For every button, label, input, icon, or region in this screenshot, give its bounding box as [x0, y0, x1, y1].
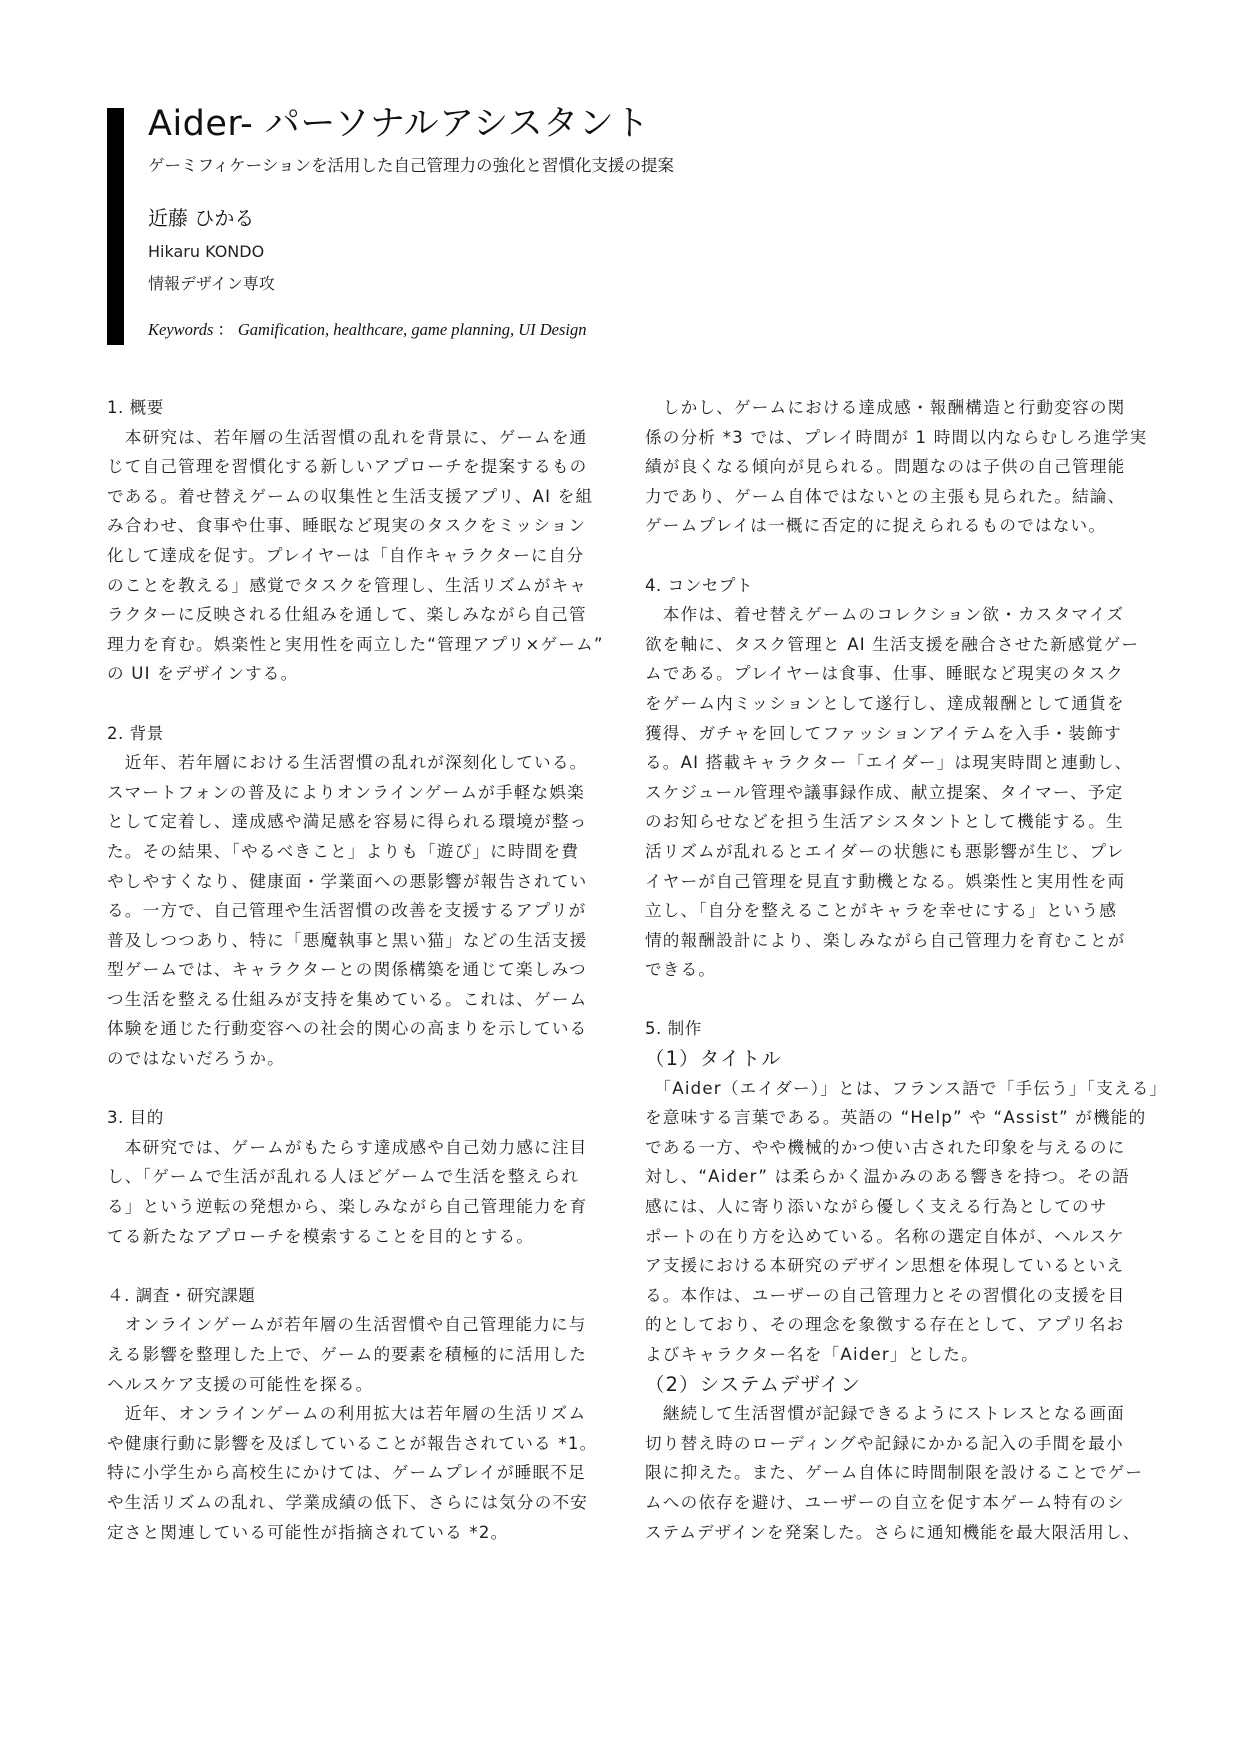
text-line: 理力を育む。娯楽性と実用性を両立した“管理アプリ×ゲーム” [107, 630, 592, 660]
text-line: や健康行動に影響を及ぼしていることが報告されている *1。 [107, 1429, 592, 1459]
text-line: ステムデザインを発案した。さらに通知機能を最大限活用し、 [645, 1518, 1130, 1548]
section-spacer [107, 1074, 592, 1104]
text-line: る。一方で、自己管理や生活習慣の改善を支援するアプリが [107, 896, 592, 926]
text-line: の UI をデザインする。 [107, 659, 592, 689]
department: 情報デザイン専攻 [148, 272, 1048, 296]
text-line: ポートの在り方を込めている。名称の選定自体が、ヘルスケ [645, 1222, 1130, 1252]
text-line: る。AI 搭載キャラクター「エイダー」は現実時間と連動し、 [645, 748, 1130, 778]
text-line: 的としており、その理念を象徴する存在として、アプリ名お [645, 1310, 1130, 1340]
section-body: オンラインゲームが若年層の生活習慣や自己管理能力に与 える影響を整理した上で、ゲ… [107, 1310, 592, 1547]
text-line: や生活リズムの乱れ、学業成績の低下、さらには気分の不安 [107, 1488, 592, 1518]
text-line: である。着せ替えゲームの収集性と生活支援アプリ、AI を組 [107, 482, 592, 512]
text-line: み合わせ、食事や仕事、睡眠など現実のタスクをミッション [107, 511, 592, 541]
text-line: スケジュール管理や議事録作成、献立提案、タイマー、予定 [645, 778, 1130, 808]
text-line: ムへの依存を避け、ユーザーの自立を促す本ゲーム特有のシ [645, 1488, 1130, 1518]
text-line: 普及しつつあり、特に「悪魔執事と黒い猫」などの生活支援 [107, 926, 592, 956]
text-line: ムである。プレイヤーは食事、仕事、睡眠など現実のタスク [645, 659, 1130, 689]
section-body: 本作は、着せ替えゲームのコレクション欲・カスタマイズ 欲を軸に、タスク管理と A… [645, 600, 1130, 985]
keywords-label: Keywords [148, 320, 213, 339]
keywords-colon: ： [217, 320, 234, 339]
left-column: 1. 概要 本研究は、若年層の生活習慣の乱れを背景に、ゲームを通 じて自己管理を… [107, 393, 592, 1547]
text-line: 本作は、着せ替えゲームのコレクション欲・カスタマイズ [645, 600, 1130, 630]
text-line: 「Aider（エイダー）」とは、フランス語で「手伝う」「支える」 [645, 1074, 1130, 1104]
text-line: ゲームプレイは一概に否定的に捉えられるものではない。 [645, 511, 1130, 541]
section-background: 2. 背景 近年、若年層における生活習慣の乱れが深刻化している。 スマートフォン… [107, 719, 592, 1074]
author-name-japanese: 近藤 ひかる [148, 204, 1048, 232]
text-line: のことを教える」感覚でタスクを管理し、生活リズムがキャ [107, 571, 592, 601]
text-line: 体験を通じた行動変容への社会的関心の高まりを示している [107, 1014, 592, 1044]
text-line: をゲーム内ミッションとして遂行し、達成報酬として通貨を [645, 689, 1130, 719]
text-line: 立し、「自分を整えることがキャラを幸せにする」という感 [645, 896, 1130, 926]
text-line: 欲を軸に、タスク管理と AI 生活支援を融合させた新感覚ゲー [645, 630, 1130, 660]
section-heading: 5. 制作 [645, 1014, 1130, 1044]
section-heading: 4. コンセプト [645, 571, 1130, 601]
text-line: 定さと関連している可能性が指摘されている *2。 [107, 1518, 592, 1548]
section-body: 本研究は、若年層の生活習慣の乱れを背景に、ゲームを通 じて自己管理を習慣化する新… [107, 423, 592, 689]
text-line: 感には、人に寄り添いながら優しく支える行為としてのサ [645, 1192, 1130, 1222]
text-line: える影響を整理した上で、ゲーム的要素を積極的に活用した [107, 1340, 592, 1370]
section-spacer [107, 1251, 592, 1281]
text-line: 活リズムが乱れるとエイダーの状態にも悪影響が生じ、プレ [645, 837, 1130, 867]
text-line: やしやすくなり、健康面・学業面への悪影響が報告されてい [107, 867, 592, 897]
title-accent-bar [107, 108, 124, 345]
section-purpose: 3. 目的 本研究では、ゲームがもたらす達成感や自己効力感に注目 し、「ゲームで… [107, 1103, 592, 1251]
text-line: じて自己管理を習慣化する新しいアプローチを提案するもの [107, 452, 592, 482]
text-line: ヘルスケア支援の可能性を探る。 [107, 1370, 592, 1400]
section-overview: 1. 概要 本研究は、若年層の生活習慣の乱れを背景に、ゲームを通 じて自己管理を… [107, 393, 592, 689]
research-issues-continuation: しかし、ゲームにおける達成感・報酬構造と行動変容の関 係の分析 *3 では、プレ… [645, 393, 1130, 541]
text-line: 特に小学生から高校生にかけては、ゲームプレイが睡眠不足 [107, 1458, 592, 1488]
text-line: ラクターに反映される仕組みを通して、楽しみながら自己管 [107, 600, 592, 630]
text-line: 化して達成を促す。プレイヤーは「自作キャラクターに自分 [107, 541, 592, 571]
text-line: イヤーが自己管理を見直す動機となる。娯楽性と実用性を両 [645, 867, 1130, 897]
text-line: 本研究は、若年層の生活習慣の乱れを背景に、ゲームを通 [107, 423, 592, 453]
text-line: ア支援における本研究のデザイン思想を体現しているといえ [645, 1251, 1130, 1281]
keywords-list: Gamification, healthcare, game planning,… [238, 320, 587, 339]
text-line: を意味する言葉である。英語の “Help” や “Assist” が機能的 [645, 1103, 1130, 1133]
text-line: である一方、やや機械的かつ使い古された印象を与えるのに [645, 1133, 1130, 1163]
section-production: 5. 制作 （1）タイトル 「Aider（エイダー）」とは、フランス語で「手伝う… [645, 1014, 1130, 1547]
text-line: 切り替え時のローディングや記録にかかる記入の手間を最小 [645, 1429, 1130, 1459]
text-line: し、「ゲームで生活が乱れる人ほどゲームで生活を整えられ [107, 1162, 592, 1192]
paper-title: Aider- パーソナルアシスタント [148, 100, 1048, 148]
section-heading: 3. 目的 [107, 1103, 592, 1133]
paper-subtitle: ゲーミフィケーションを活用した自己管理力の強化と習慣化支援の提案 [148, 154, 1048, 178]
text-line: のではないだろうか。 [107, 1044, 592, 1074]
text-line: 限に抑えた。また、ゲーム自体に時間制限を設けることでゲー [645, 1458, 1130, 1488]
section-body: 近年、若年層における生活習慣の乱れが深刻化している。 スマートフォンの普及により… [107, 748, 592, 1074]
text-line: 型ゲームでは、キャラクターとの関係構築を通じて楽しみつ [107, 955, 592, 985]
text-line: よびキャラクター名を「Aider」とした。 [645, 1340, 1130, 1370]
text-line: 近年、オンラインゲームの利用拡大は若年層の生活リズム [107, 1399, 592, 1429]
section-spacer [645, 985, 1130, 1015]
text-line: てる新たなアプローチを模索することを目的とする。 [107, 1222, 592, 1252]
section-heading: 1. 概要 [107, 393, 592, 423]
text-line: 力であり、ゲーム自体ではないとの主張も見られた。結論、 [645, 482, 1130, 512]
text-line: 対し、“Aider” は柔らかく温かみのある響きを持つ。その語 [645, 1162, 1130, 1192]
text-line: 係の分析 *3 では、プレイ時間が 1 時間以内ならむしろ進学実 [645, 423, 1130, 453]
section-body: 本研究では、ゲームがもたらす達成感や自己効力感に注目 し、「ゲームで生活が乱れる… [107, 1133, 592, 1251]
text-line: つ生活を整える仕組みが支持を集めている。これは、ゲーム [107, 985, 592, 1015]
text-line: しかし、ゲームにおける達成感・報酬構造と行動変容の関 [645, 393, 1130, 423]
text-line: 獲得、ガチャを回してファッションアイテムを入手・装飾す [645, 719, 1130, 749]
section-heading: 2. 背景 [107, 719, 592, 749]
section-research-issues: ４. 調査・研究課題 オンラインゲームが若年層の生活習慣や自己管理能力に与 える… [107, 1281, 592, 1547]
text-line: た。その結果、「やるべきこと」よりも「遊び」に時間を費 [107, 837, 592, 867]
text-line: スマートフォンの普及によりオンラインゲームが手軽な娯楽 [107, 778, 592, 808]
subsection-body: 継続して生活習慣が記録できるようにストレスとなる画面 切り替え時のローディングや… [645, 1399, 1130, 1547]
keywords: Keywords：Gamification, healthcare, game … [148, 318, 1048, 342]
text-line: のお知らせなどを担う生活アシスタントとして機能する。生 [645, 807, 1130, 837]
right-column: しかし、ゲームにおける達成感・報酬構造と行動変容の関 係の分析 *3 では、プレ… [645, 393, 1130, 1547]
text-line: る。本作は、ユーザーの自己管理力とその習慣化の支援を目 [645, 1281, 1130, 1311]
subsection-body: 「Aider（エイダー）」とは、フランス語で「手伝う」「支える」 を意味する言葉… [645, 1074, 1130, 1370]
section-heading: ４. 調査・研究課題 [107, 1281, 592, 1311]
section-concept: 4. コンセプト 本作は、着せ替えゲームのコレクション欲・カスタマイズ 欲を軸に… [645, 571, 1130, 985]
text-line: 近年、若年層における生活習慣の乱れが深刻化している。 [107, 748, 592, 778]
text-line: として定着し、達成感や満足感を容易に得られる環境が整っ [107, 807, 592, 837]
section-spacer [107, 689, 592, 719]
text-line: 本研究では、ゲームがもたらす達成感や自己効力感に注目 [107, 1133, 592, 1163]
text-line: る」という逆転の発想から、楽しみながら自己管理能力を育 [107, 1192, 592, 1222]
subsection-heading-system-design: （2）システムデザイン [645, 1370, 1130, 1400]
text-line: できる。 [645, 955, 1130, 985]
text-line: オンラインゲームが若年層の生活習慣や自己管理能力に与 [107, 1310, 592, 1340]
text-line: 情的報酬設計により、楽しみながら自己管理力を育むことが [645, 926, 1130, 956]
author-name-english: Hikaru KONDO [148, 240, 1048, 264]
paper-header: Aider- パーソナルアシスタント ゲーミフィケーションを活用した自己管理力の… [148, 100, 1048, 342]
section-spacer [645, 541, 1130, 571]
text-line: 績が良くなる傾向が見られる。問題なのは子供の自己管理能 [645, 452, 1130, 482]
subsection-heading-title: （1）タイトル [645, 1044, 1130, 1074]
text-line: 継続して生活習慣が記録できるようにストレスとなる画面 [645, 1399, 1130, 1429]
